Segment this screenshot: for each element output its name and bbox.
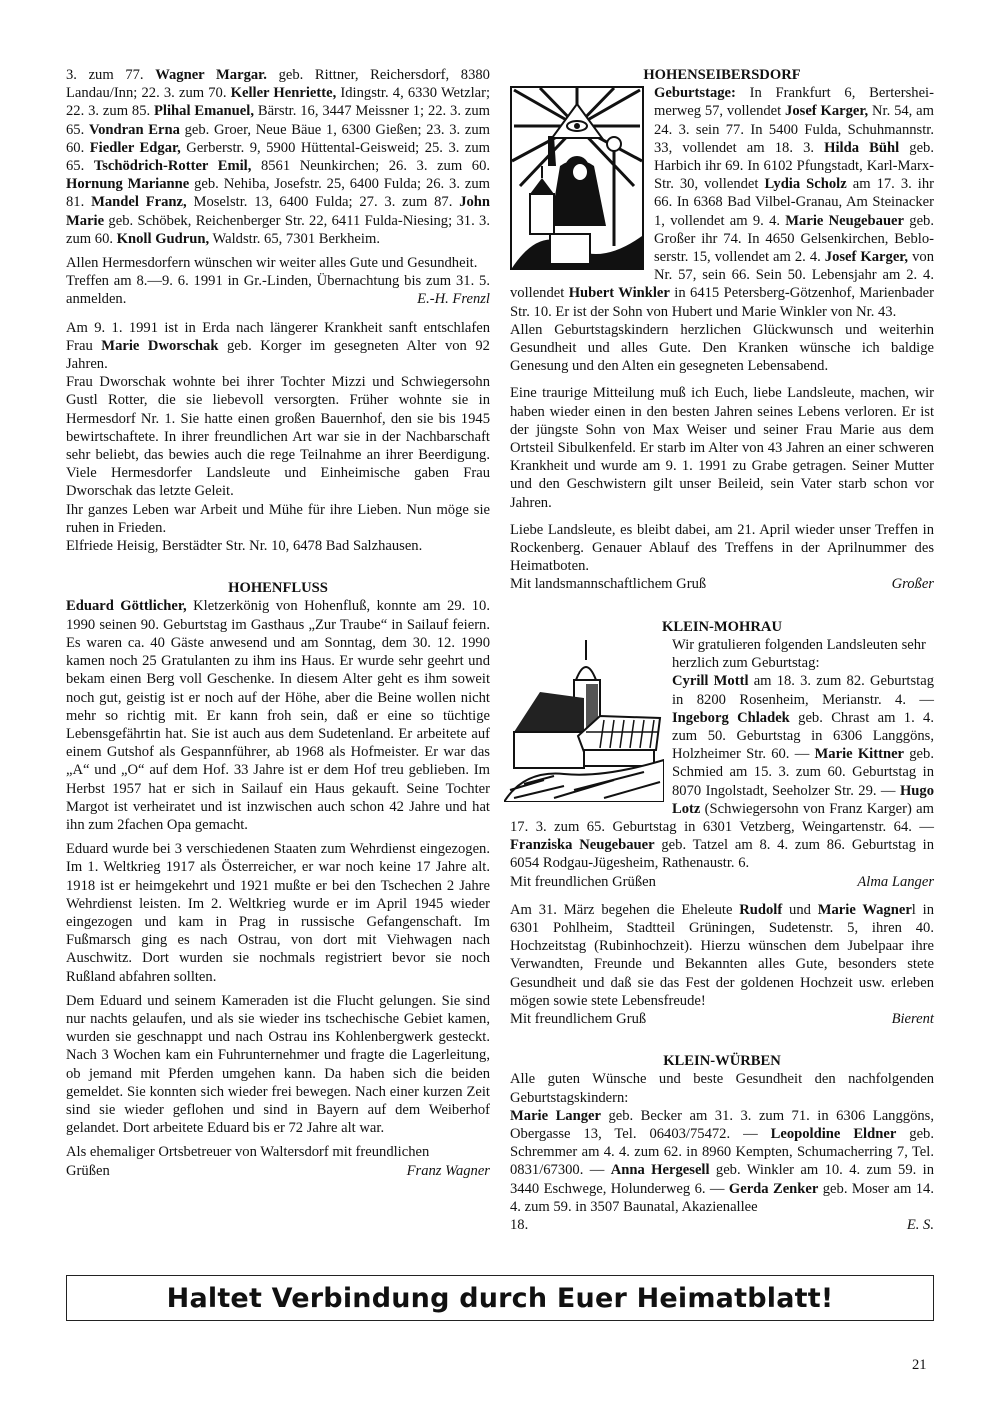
hohenfluss-closing: Als ehemaliger Ortsbetreuer von Waltersd… xyxy=(66,1143,490,1161)
hohenfluss-paragraph-1: Eduard Göttlicher, Kletzerkönig von Hohe… xyxy=(66,597,490,834)
saint-woodcut-icon xyxy=(510,86,644,270)
person-name: Lydia Scholz xyxy=(764,176,846,192)
klein-wuerben-birthdays: Marie Langer geb. Becker am 31. 3. zum 7… xyxy=(510,1107,934,1216)
section-heading-hohenfluss: HOHENFLUSS xyxy=(66,579,490,597)
person-name: Keller Henriette, xyxy=(231,85,337,101)
person-name: Hornung Marianne xyxy=(66,176,189,192)
person-name: Josef Karger, xyxy=(825,249,908,265)
obituary-close: Ihr ganzes Leben war Arbeit und Mühe für… xyxy=(66,501,490,537)
hermesdorf-meeting: Treffen am 8.—9. 6. 1991 in Gr.-Linden, … xyxy=(66,272,490,308)
person-name: Mandel Franz, xyxy=(91,194,187,210)
meeting-signature: E.-H. Frenzl xyxy=(417,290,490,308)
signature-alma-langer: Alma Langer xyxy=(857,873,934,891)
person-name: Anna Hergesell xyxy=(611,1162,710,1178)
person-name: Plihal Emanuel, xyxy=(154,103,254,119)
person-name: Wagner Margar. xyxy=(155,67,267,83)
person-name: Knoll Gudrun, xyxy=(117,231,209,247)
person-name: Hilda Bühl xyxy=(824,140,899,156)
section-heading-hohenseibersdorf: HOHENSEIBERSDORF xyxy=(510,66,934,84)
section-heading-klein-mohrau: KLEIN-MOHRAU xyxy=(510,618,934,636)
signature-bierent: Bierent xyxy=(892,1010,934,1028)
klein-wuerben-intro: Alle guten Wünsche und beste Gesundheit … xyxy=(510,1070,934,1106)
hohenfluss-paragraph-3: Dem Eduard und seinem Kameraden ist die … xyxy=(66,992,490,1138)
right-column: HOHENSEIBERSDORF Geburtstag xyxy=(510,66,934,1234)
church-image xyxy=(504,640,664,802)
person-name: Eduard Göttlicher, xyxy=(66,598,187,614)
person-name: Marie Langer xyxy=(510,1108,601,1124)
signature-franz-wagner: Franz Wagner xyxy=(407,1162,490,1180)
person-name: Hubert Winkler xyxy=(569,285,670,301)
hohenfluss-paragraph-2: Eduard wurde bei 3 verschiedenen Staaten… xyxy=(66,840,490,986)
hermesdorf-birthday-list: 3. zum 77. Wagner Margar. geb. Rittner, … xyxy=(66,66,490,248)
woodcut-image xyxy=(510,86,644,270)
person-name: Josef Karger, xyxy=(785,103,868,119)
person-name: Tschödrich-Rotter Emil, xyxy=(94,158,252,174)
signature-e-s: E. S. xyxy=(907,1216,934,1234)
hohenseibersdorf-signature-line: Mit landsmannschaftlichem Gruß Großer xyxy=(510,575,934,593)
person-name: Marie Kittner xyxy=(815,746,905,762)
heimatblatt-banner: Haltet Verbindung durch Euer Heimatblatt… xyxy=(66,1275,934,1321)
banner-text: Haltet Verbindung durch Euer Heimatblatt… xyxy=(167,1283,834,1314)
person-name: Marie Dworschak xyxy=(101,338,218,354)
person-name: Leopoldine Eldner xyxy=(771,1126,897,1142)
signature-grosser: Großer xyxy=(892,575,934,593)
wedding-signature-line: Mit freundlichem Gruß Bierent xyxy=(510,1010,934,1028)
obituary-intro: Am 9. 1. 1991 ist in Erda nach längerer … xyxy=(66,319,490,374)
person-name: Vondran Erna xyxy=(89,122,180,138)
left-column: 3. zum 77. Wagner Margar. geb. Rittner, … xyxy=(66,66,490,1180)
hohenseibersdorf-wishes: Allen Geburtstagskindern herzlichen Glüc… xyxy=(510,321,934,376)
person-name: Gerda Zenker xyxy=(729,1181,819,1197)
klein-wuerben-signature-line: 18. E. S. xyxy=(510,1216,934,1234)
hermesdorf-wish: Allen Hermesdorfern wünschen wir weiter … xyxy=(66,254,490,272)
hohenseibersdorf-meeting: Liebe Landsleute, es bleibt dabei, am 21… xyxy=(510,521,934,576)
page-number: 21 xyxy=(912,1357,927,1374)
person-name: Fiedler Edgar, xyxy=(90,140,181,156)
person-name: Cyrill Mottl xyxy=(672,673,749,689)
person-name: Marie Wagner xyxy=(818,902,912,918)
church-drawing-icon xyxy=(504,640,664,802)
person-name: Franziska Neugebauer xyxy=(510,837,655,853)
klein-mohrau-signature-line: Mit freundlichen Grüßen Alma Langer xyxy=(510,873,934,891)
obituary-body: Frau Dworschak wohnte bei ihrer Tochter … xyxy=(66,373,490,500)
person-name: Ingeborg Chladek xyxy=(672,710,790,726)
person-name: Hugo Lotz xyxy=(672,783,934,817)
section-heading-klein-wuerben: KLEIN-WÜRBEN xyxy=(510,1052,934,1070)
obituary-author: Elfriede Heisig, Berstädter Str. Nr. 10,… xyxy=(66,537,490,555)
person-name: Geburtstage: xyxy=(654,85,736,101)
person-name: Rudolf xyxy=(739,902,782,918)
wedding-anniversary: Am 31. März begehen die Eheleute Rudolf … xyxy=(510,901,934,1010)
hohenseibersdorf-obituary: Eine traurige Mitteilung muß ich Euch, l… xyxy=(510,384,934,511)
hohenfluss-signature-line: Grüßen Franz Wagner xyxy=(66,1162,490,1180)
person-name: Marie Neugebauer xyxy=(785,213,904,229)
